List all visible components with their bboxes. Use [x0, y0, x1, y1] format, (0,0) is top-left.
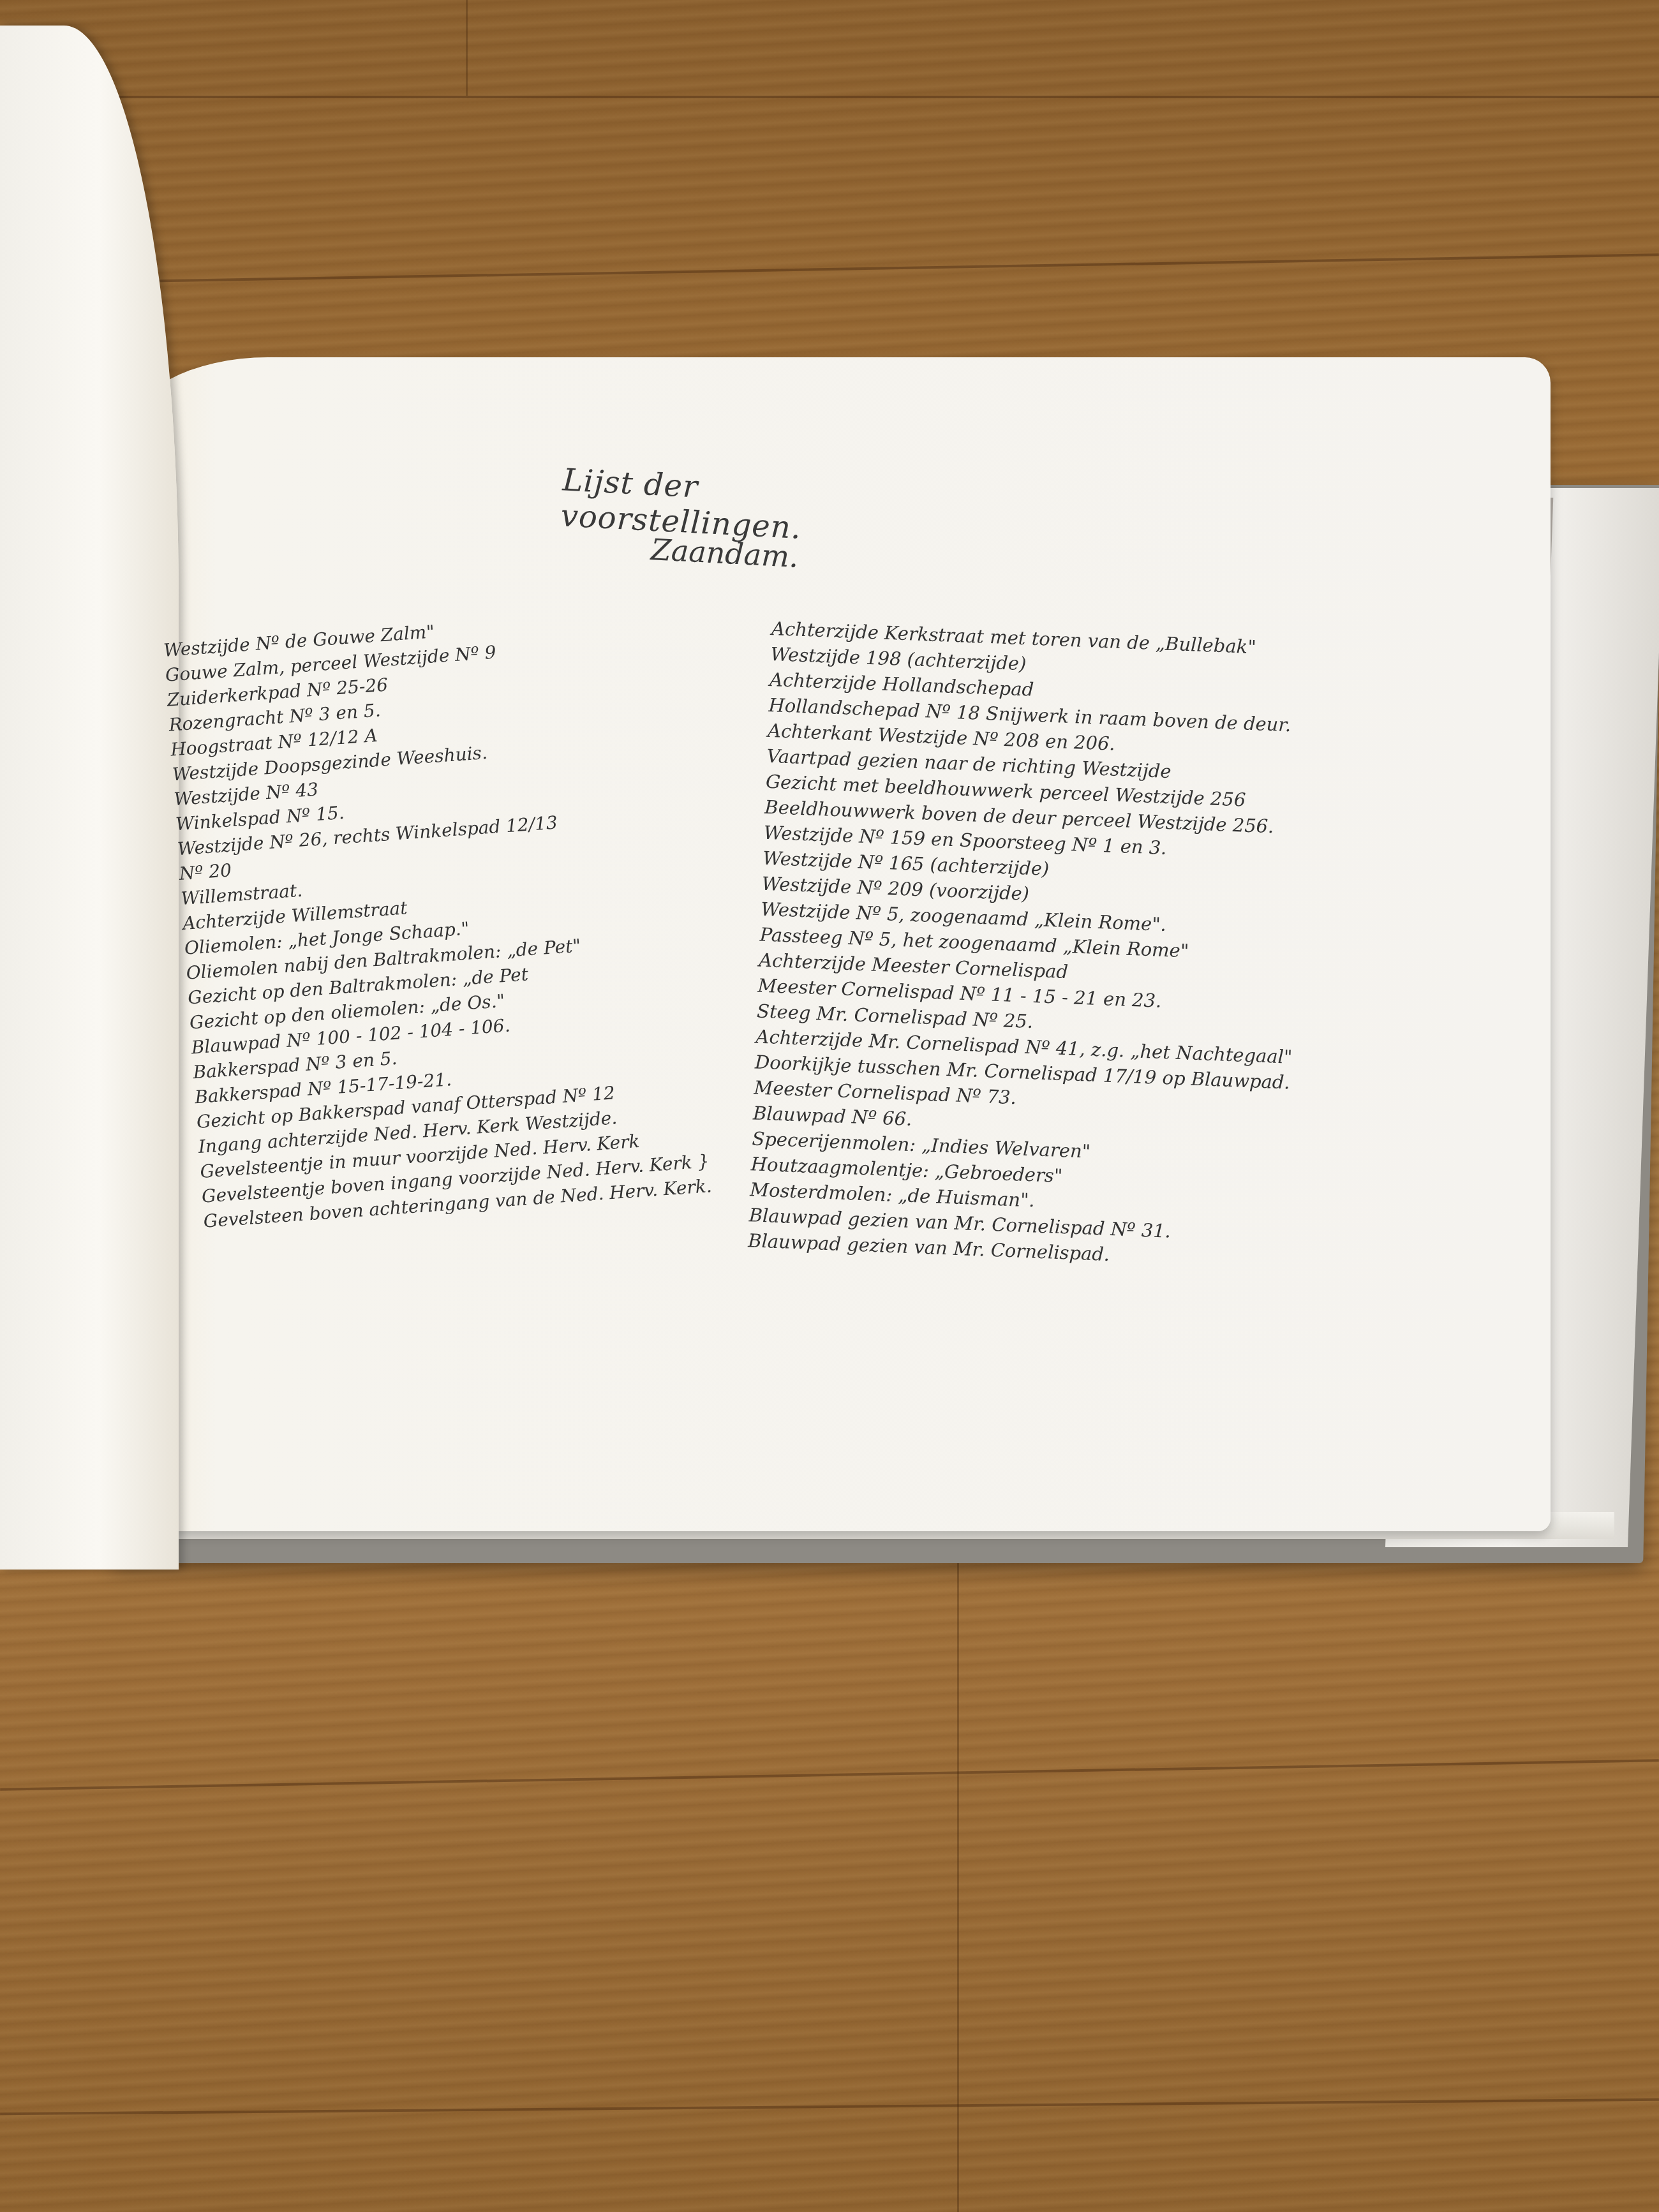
floor-plank-seam: [0, 2098, 1659, 2116]
left-column-list: Westzijde Nº de Gouwe Zalm" Gouwe Zalm, …: [163, 593, 841, 1233]
floor-plank-seam: [0, 96, 1659, 98]
floor-plank-seam: [957, 1563, 959, 2212]
left-page-curl: [0, 26, 179, 1570]
floor-plank-seam: [0, 253, 1659, 285]
right-column-list: Achterzijde Kerkstraat met toren van de …: [748, 616, 1346, 1275]
floor-plank-seam: [0, 1759, 1659, 1790]
floor-plank-seam: [466, 0, 468, 96]
